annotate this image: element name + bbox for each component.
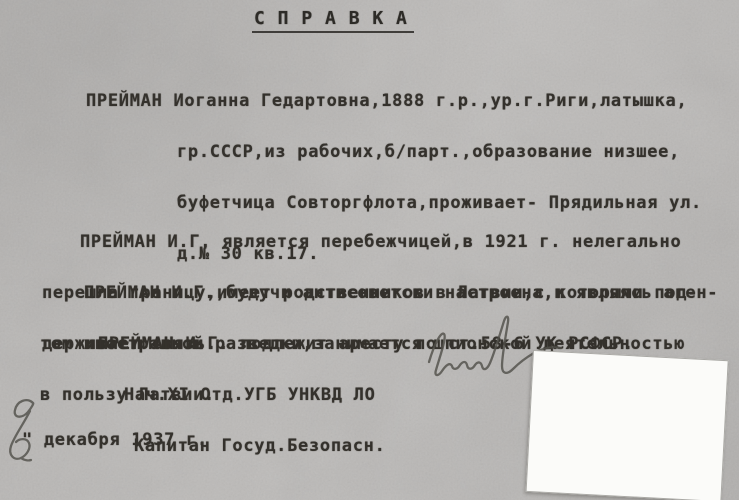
signatory-position: Нач.XI Отд.УГБ УНКВД ЛО bbox=[124, 387, 386, 404]
pasted-blank-paper-patch bbox=[526, 350, 729, 500]
date-line: " декабря 1937 г. bbox=[22, 432, 208, 449]
typed-line: ПРЕЙМАН Иоганна Гедартовна,1888 г.р.,ур.… bbox=[86, 93, 702, 110]
typed-line: ПРЕЙМАН И.Г. является перебежчицей,в 192… bbox=[80, 234, 698, 251]
typed-line: гр.СССР,из рабочих,б/парт.,образование н… bbox=[177, 144, 702, 161]
document-title: С П Р А В К А bbox=[252, 10, 414, 33]
scanned-document-page: С П Р А В К А ПРЕЙМАН Иоганна Гедартовна… bbox=[0, 0, 739, 500]
signature-block: Нач.XI Отд.УГБ УНКВД ЛО Капитан Госуд.Бе… bbox=[124, 353, 386, 489]
typed-line: ПРЕЙМАН И.Г.,будучи антисоветски настрое… bbox=[84, 285, 718, 302]
